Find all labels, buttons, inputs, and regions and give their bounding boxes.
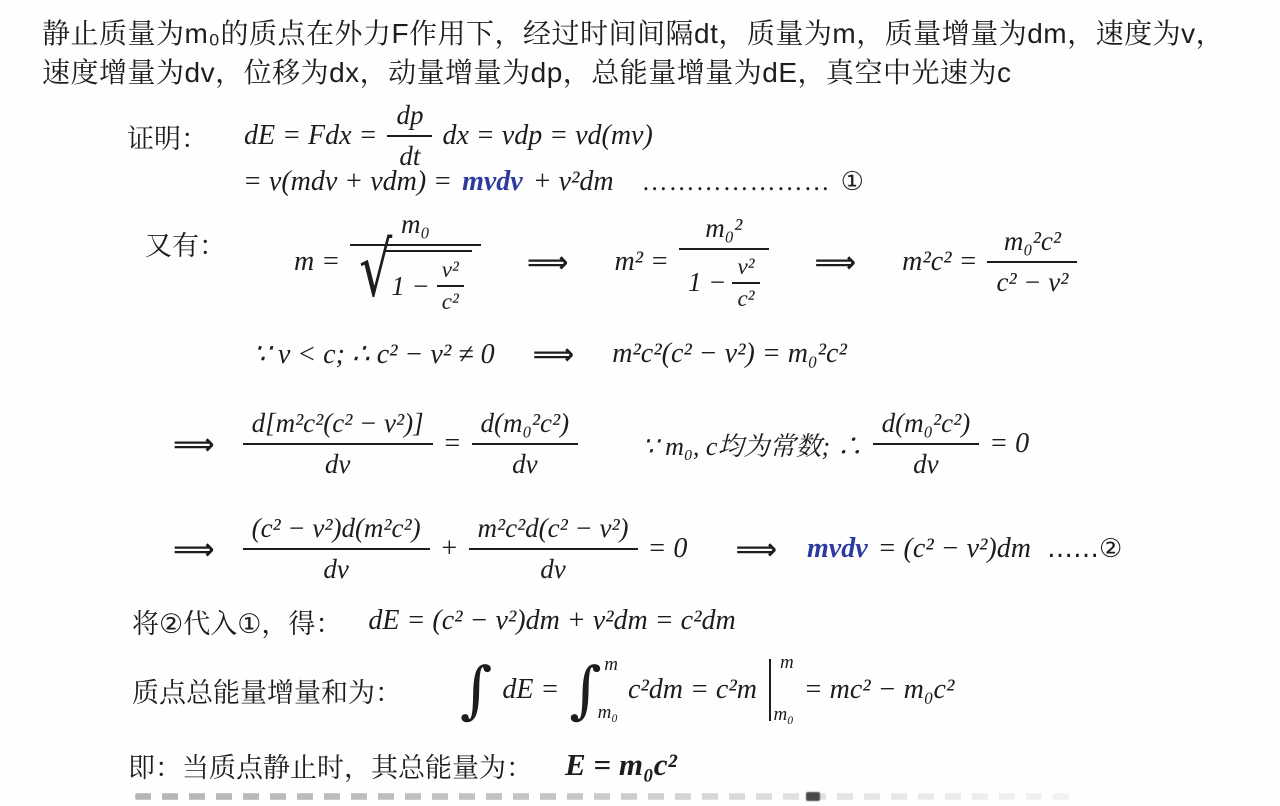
radical-sign: √ (359, 233, 392, 308)
dotted-leader: ………………… (642, 167, 831, 197)
intro-line-2: 速度增量为dv，位移为dx，动量增量为dp，总能量增量为dE，真空中光速为c (42, 53, 1257, 92)
constants-note: ∵ m₀, c均为常数; ∴ (642, 426, 863, 463)
fraction-m02-over-1-v2c2: m₀² 1 − v² c² (679, 212, 769, 313)
lower-limit: m₀ (773, 704, 793, 726)
equals-zero: = 0 (648, 533, 688, 565)
e1-lhs: m = (294, 246, 340, 278)
eq2-tail: + v²dm (533, 166, 614, 198)
fraction-m02c2-over-c2-v2: m₀²c² c² − v² (987, 225, 1077, 299)
clipped-next-line (135, 793, 1070, 800)
also-label: 又有： (145, 224, 226, 263)
proof-row-2: = v(mdv + vdm) = mvdv + v²dm ………………… ① (243, 161, 864, 203)
sqrt-lead: 1 − (391, 271, 429, 302)
since-rhs: m²c²(c² − v²) = m₀²c² (612, 338, 847, 370)
equals-sign: = (443, 428, 462, 460)
fraction-v2-c2: v² c² (732, 254, 759, 312)
eq1-left: dE = Fdx = (244, 120, 377, 152)
conclusion-row: 即：当质点静止时，其总能量为： E = m₀c² (128, 740, 677, 790)
implies-arrow: ⟹ (735, 532, 777, 566)
equation-ref-2: ……② (1047, 534, 1122, 564)
integral-limits: m m₀ (598, 655, 618, 725)
total-seg3: = mc² − m₀c² (804, 674, 955, 706)
evaluation-bar: m m₀ (769, 653, 794, 727)
total-seg2: c²dm = c²m (628, 674, 757, 706)
implies-arrow: ⟹ (815, 245, 857, 279)
substitute-row: 将②代入①，得： dE = (c² − v²)dm + v²dm = c²dm (132, 598, 736, 644)
e2-lhs: m² = (614, 246, 669, 278)
upper-limit: m (780, 652, 794, 674)
fraction-numerator: dp (387, 99, 432, 137)
substitute-label: 将②代入①，得： (132, 602, 342, 641)
fraction-c2v2-d-m2c2-dv: (c² − v²)d(m²c²) dv (243, 512, 430, 586)
fraction-d-m2c2c2v2-dv: d[m²c²(c² − v²)] dv (243, 407, 433, 481)
since-row: ∵ v < c; ∴ c² − v² ≠ 0 ⟹ m²c²(c² − v²) =… (253, 330, 847, 378)
total-label: 质点总能量增量和为： (132, 671, 402, 710)
eq2-lead: = v(mdv + vdm) = (243, 166, 452, 198)
mvdv-highlight: mvdv (807, 533, 868, 565)
e3-lhs: m²c² = (902, 246, 977, 278)
fraction-denominator: 1 − v² c² (679, 250, 769, 313)
upper-limit: m (604, 654, 618, 676)
conclusion-label: 即：当质点静止时，其总能量为： (128, 746, 533, 785)
expand-row: ⟹ (c² − v²)d(m²c²) dv + m²c²d(c² − v²) d… (173, 503, 1122, 595)
fraction-m2c2-d-c2v2-dv: m²c²d(c² − v²) dv (469, 512, 638, 586)
equals-zero: = 0 (989, 428, 1029, 460)
expand-rhs: = (c² − v²)dm (878, 533, 1031, 565)
implies-arrow: ⟹ (533, 337, 575, 371)
intro-paragraph: 静止质量为m₀的质点在外力F作用下，经过时间间隔dt，质量为m，质量增量为dm，… (42, 14, 1257, 92)
square-root: √ 1 − v² c² (359, 250, 472, 315)
eval-limits: m m₀ (773, 653, 793, 727)
lower-limit: m₀ (598, 702, 618, 724)
radicand: 1 − v² c² (385, 250, 472, 315)
total-seg1: dE = (502, 674, 559, 706)
fraction-d-m02c2-dv: d(m₀²c²) dv (472, 407, 579, 481)
proof-row-1: 证明： dE = Fdx = dp dt dx = vdp = vd(mv) (127, 102, 653, 170)
implies-arrow: ⟹ (173, 427, 215, 461)
equation-ref-1: ① (841, 167, 864, 197)
fraction-d-m02c2-dv-zero: d(m₀²c²) dv (873, 407, 980, 481)
clipped-character-fragment (806, 792, 820, 801)
implies-arrow: ⟹ (527, 245, 569, 279)
also-row: 又有： m = m₀ √ 1 − v² c² ⟹ m² = m (145, 210, 1077, 314)
fraction-m0-over-sqrt: m₀ √ 1 − v² c² (350, 208, 481, 316)
fraction-denominator: √ 1 − v² c² (350, 246, 481, 316)
emc2-formula: E = m₀c² (565, 747, 677, 783)
integral-m0-to-m: ∫ m m₀ (569, 655, 618, 725)
fraction-v2-c2: v² c² (437, 257, 464, 315)
vertical-bar (769, 659, 772, 721)
substitute-formula: dE = (c² − v²)dm + v²dm = c²dm (368, 605, 735, 637)
proof-label: 证明： (127, 117, 208, 156)
eq2-mvdv-highlight: mvdv (462, 166, 523, 198)
total-energy-row: 质点总能量增量和为： ∫ dE = ∫ m m₀ c²dm = c²m m m₀… (132, 648, 954, 732)
intro-line-1: 静止质量为m₀的质点在外力F作用下，经过时间间隔dt，质量为m，质量增量为dm，… (42, 14, 1257, 53)
eq1-right: dx = vdp = vd(mv) (442, 120, 652, 152)
implies-arrow: ⟹ (173, 532, 215, 566)
integral-no-limits: ∫ (460, 661, 492, 720)
since-lhs: ∵ v < c; ∴ c² − v² ≠ 0 (253, 337, 495, 371)
page: 静止质量为m₀的质点在外力F作用下，经过时间间隔dt，质量为m，质量增量为dm，… (0, 0, 1280, 806)
plus-sign: + (440, 533, 459, 565)
derivative-row: ⟹ d[m²c²(c² − v²)] dv = d(m₀²c²) dv ∵ m₀… (173, 396, 1029, 492)
